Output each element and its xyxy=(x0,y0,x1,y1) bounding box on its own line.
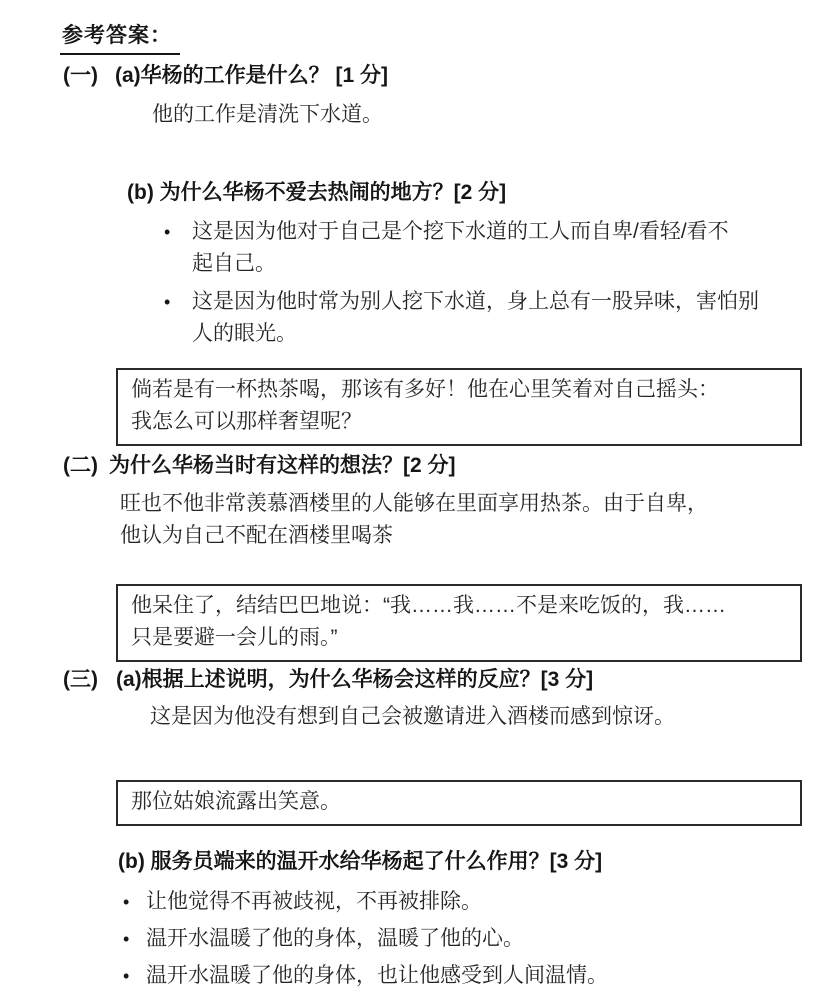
list-item: • 温开水温暖了他的身体，温暖了他的心。 xyxy=(123,923,608,955)
answer-1a: 他的工作是清洗下水道。 xyxy=(152,101,383,129)
quote-box: 倘若是有一杯热茶喝，那该有多好！他在心里笑着对自己摇头： 我怎么可以那样奢望呢？ xyxy=(116,368,802,446)
bullet-text: 这是因为他时常为别人挖下水道，身上总有一股异味，害怕别 人的眼光。 xyxy=(192,286,759,350)
list-item: • 这是因为他对于自己是个挖下水道的工人而自卑/看轻/看不 起自己。 xyxy=(164,216,759,280)
question-1a-heading: (a)华杨的工作是什么？ [1 分] xyxy=(115,62,388,90)
answer-3b-bullet-list: • 让他觉得不再被歧视，不再被排除。 • 温开水温暖了他的身体，温暖了他的心。 … xyxy=(123,886,608,992)
bullet-icon: • xyxy=(123,960,146,992)
bullet-icon: • xyxy=(123,886,146,918)
question-2-heading: 为什么华杨当时有这样的想法？[2 分] xyxy=(109,452,456,480)
quote-line: 只是要避一会儿的雨。” xyxy=(131,622,790,654)
quote-box: 他呆住了，结结巴巴地说：“我……我……不是来吃饭的，我…… 只是要避一会儿的雨。… xyxy=(116,584,802,662)
quote-line: 我怎么可以那样奢望呢？ xyxy=(131,406,790,438)
page-title: 参考答案： xyxy=(60,22,180,55)
question-1b-heading: (b) 为什么华杨不爱去热闹的地方？[2 分] xyxy=(127,179,506,207)
bullet-text: 温开水温暖了他的身体，也让他感受到人间温情。 xyxy=(146,960,608,992)
bullet-text: 温开水温暖了他的身体，温暖了他的心。 xyxy=(146,923,524,955)
question-3b-heading: (b) 服务员端来的温开水给华杨起了什么作用？[3 分] xyxy=(118,848,602,876)
question-3a-heading: (a)根据上述说明，为什么华杨会这样的反应？[3 分] xyxy=(116,666,593,694)
bullet-line: 起自己。 xyxy=(192,248,729,280)
quote-line: 倘若是有一杯热茶喝，那该有多好！他在心里笑着对自己摇头： xyxy=(131,374,790,406)
bullet-line: 人的眼光。 xyxy=(192,318,759,350)
bullet-line: 这是因为他对于自己是个挖下水道的工人而自卑/看轻/看不 xyxy=(192,216,729,248)
list-item: • 让他觉得不再被歧视，不再被排除。 xyxy=(123,886,608,918)
bullet-line: 这是因为他时常为别人挖下水道，身上总有一股异味，害怕别 xyxy=(192,286,759,318)
answer-line: 旺也不他非常羡慕酒楼里的人能够在里面享用热茶。由于自卑， xyxy=(120,488,708,520)
quote-line: 他呆住了，结结巴巴地说：“我……我……不是来吃饭的，我…… xyxy=(131,590,790,622)
answer-key-page: 参考答案： (一) (a)华杨的工作是什么？ [1 分] 他的工作是清洗下水道。… xyxy=(0,0,831,1008)
answer-line: 他认为自己不配在酒楼里喝茶 xyxy=(120,520,708,552)
bullet-icon: • xyxy=(164,216,192,280)
bullet-text: 这是因为他对于自己是个挖下水道的工人而自卑/看轻/看不 起自己。 xyxy=(192,216,729,280)
answer-1b-bullet-list: • 这是因为他对于自己是个挖下水道的工人而自卑/看轻/看不 起自己。 • 这是因… xyxy=(164,216,759,350)
question-1-label: (一) xyxy=(63,62,98,90)
list-item: • 温开水温暖了他的身体，也让他感受到人间温情。 xyxy=(123,960,608,992)
question-3-label: (三) xyxy=(63,666,98,694)
bullet-icon: • xyxy=(164,286,192,350)
answer-3a: 这是因为他没有想到自己会被邀请进入酒楼而感到惊讶。 xyxy=(150,703,675,731)
bullet-text: 让他觉得不再被歧视，不再被排除。 xyxy=(146,886,482,918)
quote-line: 那位姑娘流露出笑意。 xyxy=(131,786,790,818)
quote-box: 那位姑娘流露出笑意。 xyxy=(116,780,802,826)
list-item: • 这是因为他时常为别人挖下水道，身上总有一股异味，害怕别 人的眼光。 xyxy=(164,286,759,350)
answer-2: 旺也不他非常羡慕酒楼里的人能够在里面享用热茶。由于自卑， 他认为自己不配在酒楼里… xyxy=(120,488,708,552)
question-2-label: (二) xyxy=(63,452,98,480)
bullet-icon: • xyxy=(123,923,146,955)
